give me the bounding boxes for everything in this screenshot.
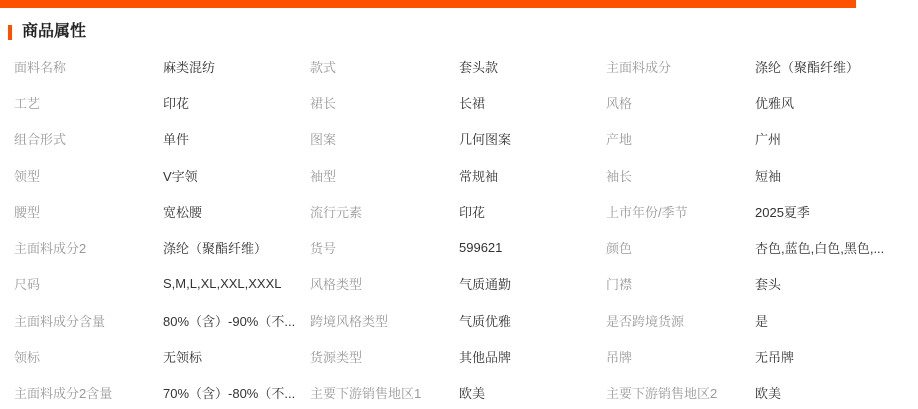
attribute-cell-8: 产地 广州 [592, 121, 888, 157]
page-title: 商品属性 [22, 24, 86, 40]
attribute-cell-15: 主面料成分2 涤纶（聚酯纤维） [0, 229, 296, 265]
attribute-value: 是 [755, 311, 768, 330]
attributes-grid: 面料名称 麻类混纺 款式 套头款 主面料成分 涤纶（聚酯纤维） 工艺 印花 裙长… [0, 48, 918, 409]
attribute-cell-16: 货号 599621 [296, 229, 592, 265]
attribute-cell-12: 腰型 宽松腰 [0, 193, 296, 229]
attribute-value: 广州 [755, 129, 781, 148]
attribute-label: 跨境风格类型 [310, 311, 459, 330]
attribute-value: 印花 [459, 202, 485, 221]
attribute-value: V字领 [163, 166, 198, 185]
attribute-value: 涤纶（聚酯纤维） [163, 238, 267, 257]
attribute-label: 领型 [14, 166, 163, 185]
attribute-label: 是否跨境货源 [606, 311, 755, 330]
attribute-value: 宽松腰 [163, 202, 202, 221]
attribute-value: 杏色,蓝色,白色,黑色,... [755, 238, 884, 257]
attribute-label: 图案 [310, 129, 459, 148]
attribute-label: 款式 [310, 57, 459, 76]
attribute-cell-19: 风格类型 气质通勤 [296, 266, 592, 302]
attribute-label: 主面料成分含量 [14, 311, 163, 330]
attribute-cell-20: 门襟 套头 [592, 266, 888, 302]
attribute-value: 印花 [163, 93, 189, 112]
attribute-label: 颜色 [606, 238, 755, 257]
attribute-cell-10: 袖型 常规袖 [296, 157, 592, 193]
attribute-cell-6: 组合形式 单件 [0, 121, 296, 157]
attribute-value: 欧美 [459, 383, 485, 402]
attribute-cell-18: 尺码 S,M,L,XL,XXL,XXXL [0, 266, 296, 302]
attribute-value: 单件 [163, 129, 189, 148]
attribute-cell-28: 主要下游销售地区1 欧美 [296, 375, 592, 409]
attribute-label: 主面料成分2 [14, 238, 163, 257]
attribute-value: 涤纶（聚酯纤维） [755, 57, 859, 76]
attribute-value: 套头 [755, 274, 781, 293]
attribute-value: 599621 [459, 240, 502, 255]
attribute-cell-23: 是否跨境货源 是 [592, 302, 888, 338]
attribute-label: 腰型 [14, 202, 163, 221]
attribute-label: 主面料成分2含量 [14, 383, 163, 402]
attribute-label: 主要下游销售地区2 [606, 383, 755, 402]
attribute-value: 优雅风 [755, 93, 794, 112]
attribute-value: 气质优雅 [459, 311, 511, 330]
attribute-value: 麻类混纺 [163, 57, 215, 76]
attribute-cell-14: 上市年份/季节 2025夏季 [592, 193, 888, 229]
attribute-cell-0: 面料名称 麻类混纺 [0, 48, 296, 84]
attribute-label: 尺码 [14, 274, 163, 293]
attribute-cell-27: 主面料成分2含量 70%（含）-80%（不... [0, 375, 296, 409]
attribute-cell-9: 领型 V字领 [0, 157, 296, 193]
attribute-cell-2: 主面料成分 涤纶（聚酯纤维） [592, 48, 888, 84]
attribute-cell-13: 流行元素 印花 [296, 193, 592, 229]
attribute-value: 几何图案 [459, 129, 511, 148]
attribute-cell-24: 领标 无领标 [0, 338, 296, 374]
attribute-value: 无领标 [163, 347, 202, 366]
attribute-label: 面料名称 [14, 57, 163, 76]
attribute-cell-29: 主要下游销售地区2 欧美 [592, 375, 888, 409]
attribute-value: 其他品牌 [459, 347, 511, 366]
attribute-label: 风格 [606, 93, 755, 112]
attribute-cell-4: 裙长 长裙 [296, 84, 592, 120]
attribute-label: 组合形式 [14, 129, 163, 148]
attribute-cell-11: 袖长 短袖 [592, 157, 888, 193]
attribute-value: 欧美 [755, 383, 781, 402]
attribute-cell-22: 跨境风格类型 气质优雅 [296, 302, 592, 338]
attribute-label: 裙长 [310, 93, 459, 112]
attribute-value: 80%（含）-90%（不... [163, 311, 295, 330]
title-accent-marker-icon [8, 25, 12, 40]
attribute-label: 流行元素 [310, 202, 459, 221]
attribute-label: 袖型 [310, 166, 459, 185]
top-accent-bar [0, 0, 856, 8]
attribute-label: 风格类型 [310, 274, 459, 293]
attribute-label: 上市年份/季节 [606, 202, 755, 221]
attribute-value: 套头款 [459, 57, 498, 76]
attribute-value: 短袖 [755, 166, 781, 185]
attribute-value: 70%（含）-80%（不... [163, 383, 295, 402]
attribute-label: 门襟 [606, 274, 755, 293]
attribute-value: S,M,L,XL,XXL,XXXL [163, 276, 282, 291]
attribute-cell-7: 图案 几何图案 [296, 121, 592, 157]
attribute-label: 货源类型 [310, 347, 459, 366]
attribute-value: 常规袖 [459, 166, 498, 185]
attribute-value: 无吊牌 [755, 347, 794, 366]
attribute-label: 吊牌 [606, 347, 755, 366]
attribute-label: 产地 [606, 129, 755, 148]
attribute-cell-5: 风格 优雅风 [592, 84, 888, 120]
attribute-label: 工艺 [14, 93, 163, 112]
attribute-value: 长裙 [459, 93, 485, 112]
attribute-label: 领标 [14, 347, 163, 366]
attribute-label: 主面料成分 [606, 57, 755, 76]
attribute-cell-17: 颜色 杏色,蓝色,白色,黑色,... [592, 229, 888, 265]
attribute-cell-3: 工艺 印花 [0, 84, 296, 120]
attribute-value: 2025夏季 [755, 202, 810, 221]
attribute-value: 气质通勤 [459, 274, 511, 293]
attribute-label: 袖长 [606, 166, 755, 185]
attribute-cell-1: 款式 套头款 [296, 48, 592, 84]
attribute-cell-21: 主面料成分含量 80%（含）-90%（不... [0, 302, 296, 338]
attribute-label: 主要下游销售地区1 [310, 383, 459, 402]
attribute-label: 货号 [310, 238, 459, 257]
attribute-cell-25: 货源类型 其他品牌 [296, 338, 592, 374]
attribute-cell-26: 吊牌 无吊牌 [592, 338, 888, 374]
